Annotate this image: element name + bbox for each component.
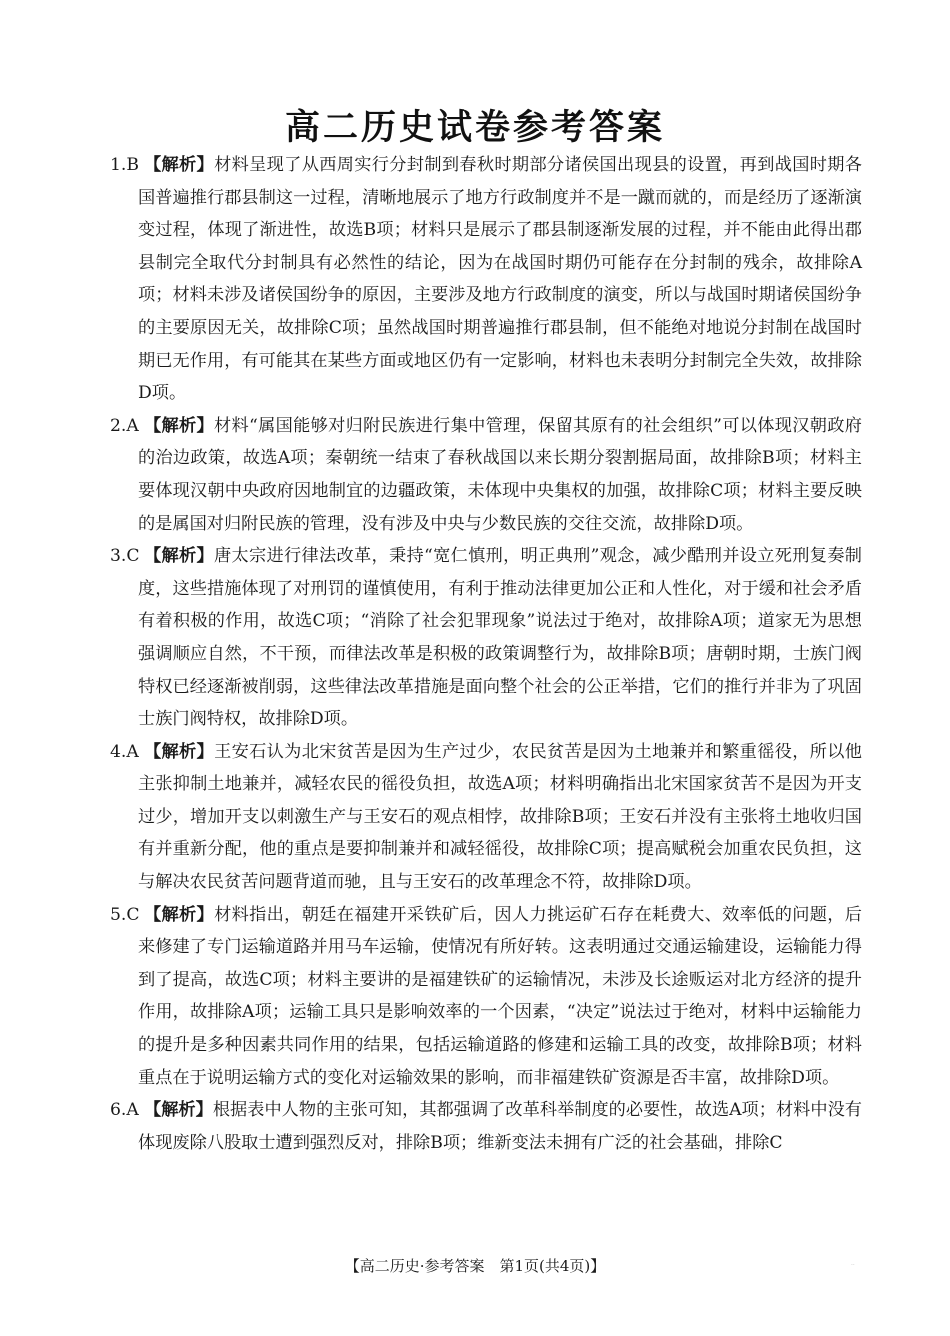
answer-number: 5.C [110,899,138,932]
page-title: 高二历史试卷参考答案 [0,100,950,150]
answer-text: 根据表中人物的主张可知，其都强调了改革科举制度的必要性，故选A项；材料中没有体现… [138,1100,862,1153]
answer-item-4: 4.A 【解析】王安石认为北宋贫苦是因为生产过少，农民贫苦是因为土地兼并和繁重徭… [110,736,862,899]
answer-item-3: 3.C 【解析】唐太宗进行律法改革，秉持“宽仁慎刑，明正典刑”观念，减少酷刑并设… [110,540,862,736]
answer-text: 材料呈现了从西周实行分封制到春秋时期部分诸侯国出现县的设置，再到战国时期各国普遍… [138,155,862,403]
answer-number: 2.A [110,410,138,443]
analysis-tag: 【解析】 [144,905,214,925]
analysis-tag: 【解析】 [144,1100,213,1120]
answer-number: 4.A [110,736,138,769]
corner-mark: ·· [851,1262,855,1269]
answer-text: 唐太宗进行律法改革，秉持“宽仁慎刑，明正典刑”观念，减少酷刑并设立死刑复奏制度，… [138,546,862,729]
analysis-tag: 【解析】 [144,546,214,566]
analysis-tag: 【解析】 [144,416,214,436]
answer-text: 材料指出，朝廷在福建开采铁矿后，因人力挑运矿石存在耗费大、效率低的问题，后来修建… [138,905,862,1088]
page-footer: 【高二历史·参考答案 第1页(共4页)】 [0,1255,950,1276]
answer-item-5: 5.C 【解析】材料指出，朝廷在福建开采铁矿后，因人力挑运矿石存在耗费大、效率低… [110,899,862,1095]
answer-item-6: 6.A 【解析】根据表中人物的主张可知，其都强调了改革科举制度的必要性，故选A项… [110,1094,862,1159]
analysis-tag: 【解析】 [144,742,214,762]
analysis-tag: 【解析】 [144,155,214,175]
answer-item-1: 1.B 【解析】材料呈现了从西周实行分封制到春秋时期部分诸侯国出现县的设置，再到… [110,149,862,410]
answer-number: 6.A [110,1094,138,1127]
answer-number: 1.B [110,149,138,182]
answer-text: 材料“属国能够对归附民族进行集中管理，保留其原有的社会组织”可以体现汉朝政府的治… [138,416,862,534]
answer-list: 1.B 【解析】材料呈现了从西周实行分封制到春秋时期部分诸侯国出现县的设置，再到… [110,149,862,1159]
answer-text: 王安石认为北宋贫苦是因为生产过少，农民贫苦是因为土地兼并和繁重徭役，所以他主张抑… [138,742,862,892]
answer-item-2: 2.A 【解析】材料“属国能够对归附民族进行集中管理，保留其原有的社会组织”可以… [110,410,862,540]
answer-number: 3.C [110,540,138,573]
